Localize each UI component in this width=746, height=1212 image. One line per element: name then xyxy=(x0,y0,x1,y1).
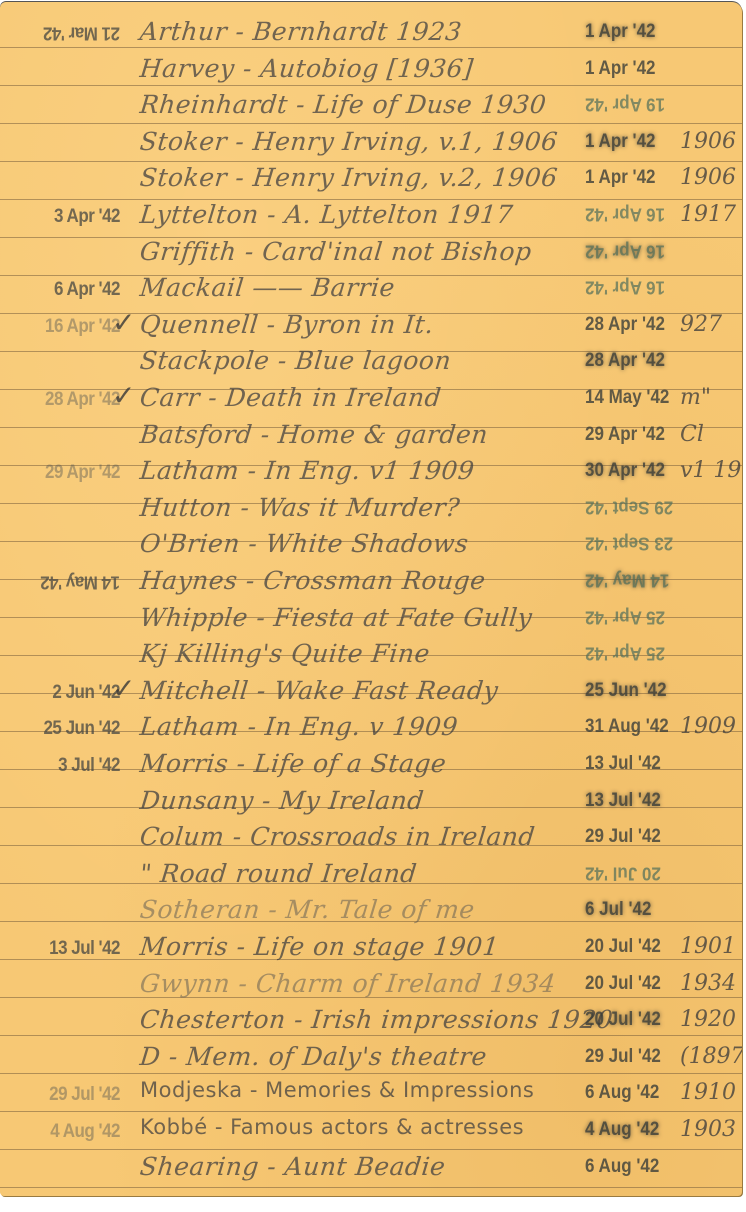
date-stamp-right: 16 Apr '42 xyxy=(585,240,665,262)
entry-year-note: 1909 xyxy=(680,714,736,739)
card-entry-row: Sotheran - Mr. Tale of me6 Jul '42 xyxy=(0,893,742,931)
handwritten-entry: Mitchell - Wake Fast Ready xyxy=(138,676,611,705)
date-stamp-right: 29 Sept '42 xyxy=(585,496,673,518)
handwritten-entry: Stoker - Henry Irving, v.1, 1906 xyxy=(138,127,611,156)
handwritten-entry: Batsford - Home & garden xyxy=(138,420,611,449)
entry-year-note: v1 1909 xyxy=(680,458,742,483)
handwritten-entry: Stoker - Henry Irving, v.2, 1906 xyxy=(138,163,611,192)
entry-year-note: (1897) xyxy=(680,1044,742,1069)
date-stamp-right: 31 Aug '42 xyxy=(585,715,669,738)
card-entry-row: 13 Jul '42Morris - Life on stage 190120 … xyxy=(0,930,742,968)
card-entry-row: D - Mem. of Daly's theatre29 Jul '42(189… xyxy=(0,1040,742,1078)
card-entry-row: Stoker - Henry Irving, v.2, 19061 Apr '4… xyxy=(0,161,742,199)
card-entry-row: Griffith - Card'inal not Bishop16 Apr '4… xyxy=(0,235,742,273)
card-entry-row: 29 Apr '42Latham - In Eng. v1 190930 Apr… xyxy=(0,454,742,492)
card-entry-row: " Road round Ireland20 Jul '42 xyxy=(0,857,742,895)
date-stamp-left: 21 Mar '42 xyxy=(10,22,120,44)
date-stamp-right: 23 Sept '42 xyxy=(585,532,673,554)
date-stamp-left: 3 Apr '42 xyxy=(10,205,120,228)
handwritten-entry: Sotheran - Mr. Tale of me xyxy=(138,895,611,924)
date-stamp-right: 25 Apr '42 xyxy=(585,642,665,664)
handwritten-entry: Latham - In Eng. v 1909 xyxy=(138,712,611,741)
date-stamp-right: 14 May '42 xyxy=(585,569,669,591)
handwritten-entry: Haynes - Crossman Rouge xyxy=(138,566,611,595)
date-stamp-right: 29 Jul '42 xyxy=(585,1044,661,1067)
date-stamp-left: 6 Apr '42 xyxy=(10,278,120,301)
date-stamp-right: 1 Apr '42 xyxy=(585,166,656,189)
card-entry-row: 3 Apr '42Lyttelton - A. Lyttelton 191716… xyxy=(0,198,742,236)
date-stamp-left: 25 Jun '42 xyxy=(10,717,120,740)
handwritten-entry: Griffith - Card'inal not Bishop xyxy=(138,237,611,266)
card-entry-row: Batsford - Home & garden29 Apr '42Cl xyxy=(0,418,742,456)
date-stamp-right: 4 Aug '42 xyxy=(585,1118,659,1141)
check-mark-icon: ✓ xyxy=(112,379,135,412)
card-entry-row: Hutton - Was it Murder?29 Sept '42 xyxy=(0,491,742,529)
handwritten-entry: Arthur - Bernhardt 1923 xyxy=(138,17,611,46)
card-entry-row: 2 Jun '42✓Mitchell - Wake Fast Ready25 J… xyxy=(0,674,742,712)
date-stamp-right: 6 Aug '42 xyxy=(585,1154,659,1177)
date-stamp-right: 1 Apr '42 xyxy=(585,20,656,43)
check-mark-icon: ✓ xyxy=(112,306,135,339)
card-entry-row: 6 Apr '42Mackail —— Barrie16 Apr '42 xyxy=(0,271,742,309)
entry-year-note: 1906 xyxy=(680,129,736,154)
entry-year-note: 1903 xyxy=(680,1117,736,1142)
date-stamp-right: 13 Jul '42 xyxy=(585,788,661,811)
card-entry-row: Stoker - Henry Irving, v.1, 19061 Apr '4… xyxy=(0,125,742,163)
handwritten-entry: Latham - In Eng. v1 1909 xyxy=(138,456,611,485)
check-mark-icon: ✓ xyxy=(112,672,135,705)
handwritten-entry: Stackpole - Blue lagoon xyxy=(138,346,611,375)
date-stamp-right: 30 Apr '42 xyxy=(585,459,665,482)
date-stamp-left: 29 Apr '42 xyxy=(10,461,120,484)
handwritten-entry: " Road round Ireland xyxy=(138,859,611,888)
library-card: 21 Mar '42Arthur - Bernhardt 19231 Apr '… xyxy=(0,2,742,1196)
date-stamp-right: 16 Apr '42 xyxy=(585,203,665,225)
date-stamp-left: 3 Jul '42 xyxy=(10,754,120,777)
date-stamp-left: 2 Jun '42 xyxy=(10,680,120,703)
date-stamp-right: 1 Apr '42 xyxy=(585,129,656,152)
entry-year-note: 1917 xyxy=(680,202,736,227)
card-entry-row: Dunsany - My Ireland13 Jul '42 xyxy=(0,784,742,822)
handwritten-entry: Morris - Life of a Stage xyxy=(138,749,611,778)
card-entry-row: 4 Aug '42Kobbé - Famous actors & actress… xyxy=(0,1113,742,1151)
handwritten-entry: Rheinhardt - Life of Duse 1930 xyxy=(138,90,611,119)
handwritten-entry: D - Mem. of Daly's theatre xyxy=(138,1042,611,1071)
date-stamp-right: 6 Jul '42 xyxy=(585,898,651,921)
entry-year-note: 1920 xyxy=(680,1007,736,1032)
handwritten-entry: Quennell - Byron in It. xyxy=(138,310,611,339)
entry-year-note: Cl xyxy=(680,422,704,447)
handwritten-entry: Chesterton - Irish impressions 1920 xyxy=(138,1005,611,1034)
date-stamp-right: 28 Apr '42 xyxy=(585,312,665,335)
date-stamp-right: 1 Apr '42 xyxy=(585,56,656,79)
card-entry-row: 16 Apr '42✓Quennell - Byron in It.28 Apr… xyxy=(0,308,742,346)
card-entry-row: Chesterton - Irish impressions 192020 Ju… xyxy=(0,1003,742,1041)
card-entry-row: 14 May '42Haynes - Crossman Rouge14 May … xyxy=(0,564,742,602)
handwritten-entry: Hutton - Was it Murder? xyxy=(138,493,611,522)
handwritten-entry: Dunsany - My Ireland xyxy=(138,786,611,815)
entry-year-note: 1934 xyxy=(680,971,736,996)
entry-year-note: 1901 xyxy=(680,934,736,959)
handwritten-entry: Colum - Crossroads in Ireland xyxy=(138,822,611,851)
date-stamp-left: 16 Apr '42 xyxy=(10,314,120,337)
date-stamp-right: 20 Jul '42 xyxy=(585,1008,661,1031)
date-stamp-right: 29 Apr '42 xyxy=(585,422,665,445)
handwritten-entry: Kobbé - Famous actors & actresses xyxy=(140,1115,610,1139)
handwritten-entry: Kj Killing's Quite Fine xyxy=(138,639,611,668)
card-entry-row: 3 Jul '42Morris - Life of a Stage13 Jul … xyxy=(0,747,742,785)
card-entry-row: 21 Mar '42Arthur - Bernhardt 19231 Apr '… xyxy=(0,15,742,53)
date-stamp-left: 13 Jul '42 xyxy=(10,937,120,960)
card-entry-row: Rheinhardt - Life of Duse 193019 Apr '42 xyxy=(0,88,742,126)
handwritten-entry: Carr - Death in Ireland xyxy=(138,383,611,412)
handwritten-entry: Lyttelton - A. Lyttelton 1917 xyxy=(138,200,611,229)
date-stamp-right: 25 Apr '42 xyxy=(585,606,665,628)
date-stamp-right: 20 Jul '42 xyxy=(585,971,661,994)
date-stamp-right: 29 Jul '42 xyxy=(585,825,661,848)
date-stamp-right: 19 Apr '42 xyxy=(585,93,665,115)
card-entry-row: Gwynn - Charm of Ireland 193420 Jul '421… xyxy=(0,967,742,1005)
date-stamp-right: 13 Jul '42 xyxy=(585,752,661,775)
date-stamp-right: 28 Apr '42 xyxy=(585,349,665,372)
date-stamp-right: 16 Apr '42 xyxy=(585,276,665,298)
entry-year-note: m" xyxy=(680,385,711,410)
card-entry-row: Colum - Crossroads in Ireland29 Jul '42 xyxy=(0,820,742,858)
card-entry-row: Stackpole - Blue lagoon28 Apr '42 xyxy=(0,344,742,382)
handwritten-entry: Harvey - Autobiog [1936] xyxy=(138,54,611,83)
date-stamp-left: 14 May '42 xyxy=(10,571,120,593)
handwritten-entry: Gwynn - Charm of Ireland 1934 xyxy=(138,969,611,998)
entry-year-note: 1910 xyxy=(680,1080,736,1105)
card-entry-row: 25 Jun '42Latham - In Eng. v 190931 Aug … xyxy=(0,710,742,748)
card-entry-row: 29 Jul '42Modjeska - Memories & Impressi… xyxy=(0,1076,742,1114)
date-stamp-right: 25 Jun '42 xyxy=(585,678,667,701)
handwritten-entry: Shearing - Aunt Beadie xyxy=(138,1152,611,1181)
date-stamp-right: 20 Jul '42 xyxy=(585,862,661,884)
card-entry-row: Whipple - Fiesta at Fate Gully25 Apr '42 xyxy=(0,601,742,639)
card-entry-row: O'Brien - White Shadows23 Sept '42 xyxy=(0,527,742,565)
date-stamp-left: 4 Aug '42 xyxy=(10,1120,120,1143)
card-entry-row: Shearing - Aunt Beadie6 Aug '42 xyxy=(0,1150,742,1188)
date-stamp-right: 14 May '42 xyxy=(585,386,669,409)
card-entry-row: Kj Killing's Quite Fine25 Apr '42 xyxy=(0,637,742,675)
entry-year-note: 1906 xyxy=(680,165,736,190)
entry-year-note: 927 xyxy=(680,312,722,337)
date-stamp-left: 28 Apr '42 xyxy=(10,388,120,411)
date-stamp-right: 6 Aug '42 xyxy=(585,1081,659,1104)
date-stamp-right: 20 Jul '42 xyxy=(585,935,661,958)
card-entry-row: 28 Apr '42✓Carr - Death in Ireland14 May… xyxy=(0,381,742,419)
handwritten-entry: O'Brien - White Shadows xyxy=(138,529,611,558)
handwritten-entry: Morris - Life on stage 1901 xyxy=(138,932,611,961)
handwritten-entry: Whipple - Fiesta at Fate Gully xyxy=(138,603,611,632)
handwritten-entry: Modjeska - Memories & Impressions xyxy=(140,1078,610,1102)
date-stamp-left: 29 Jul '42 xyxy=(10,1083,120,1106)
card-entry-row: Harvey - Autobiog [1936]1 Apr '42 xyxy=(0,52,742,90)
handwritten-entry: Mackail —— Barrie xyxy=(138,273,611,302)
